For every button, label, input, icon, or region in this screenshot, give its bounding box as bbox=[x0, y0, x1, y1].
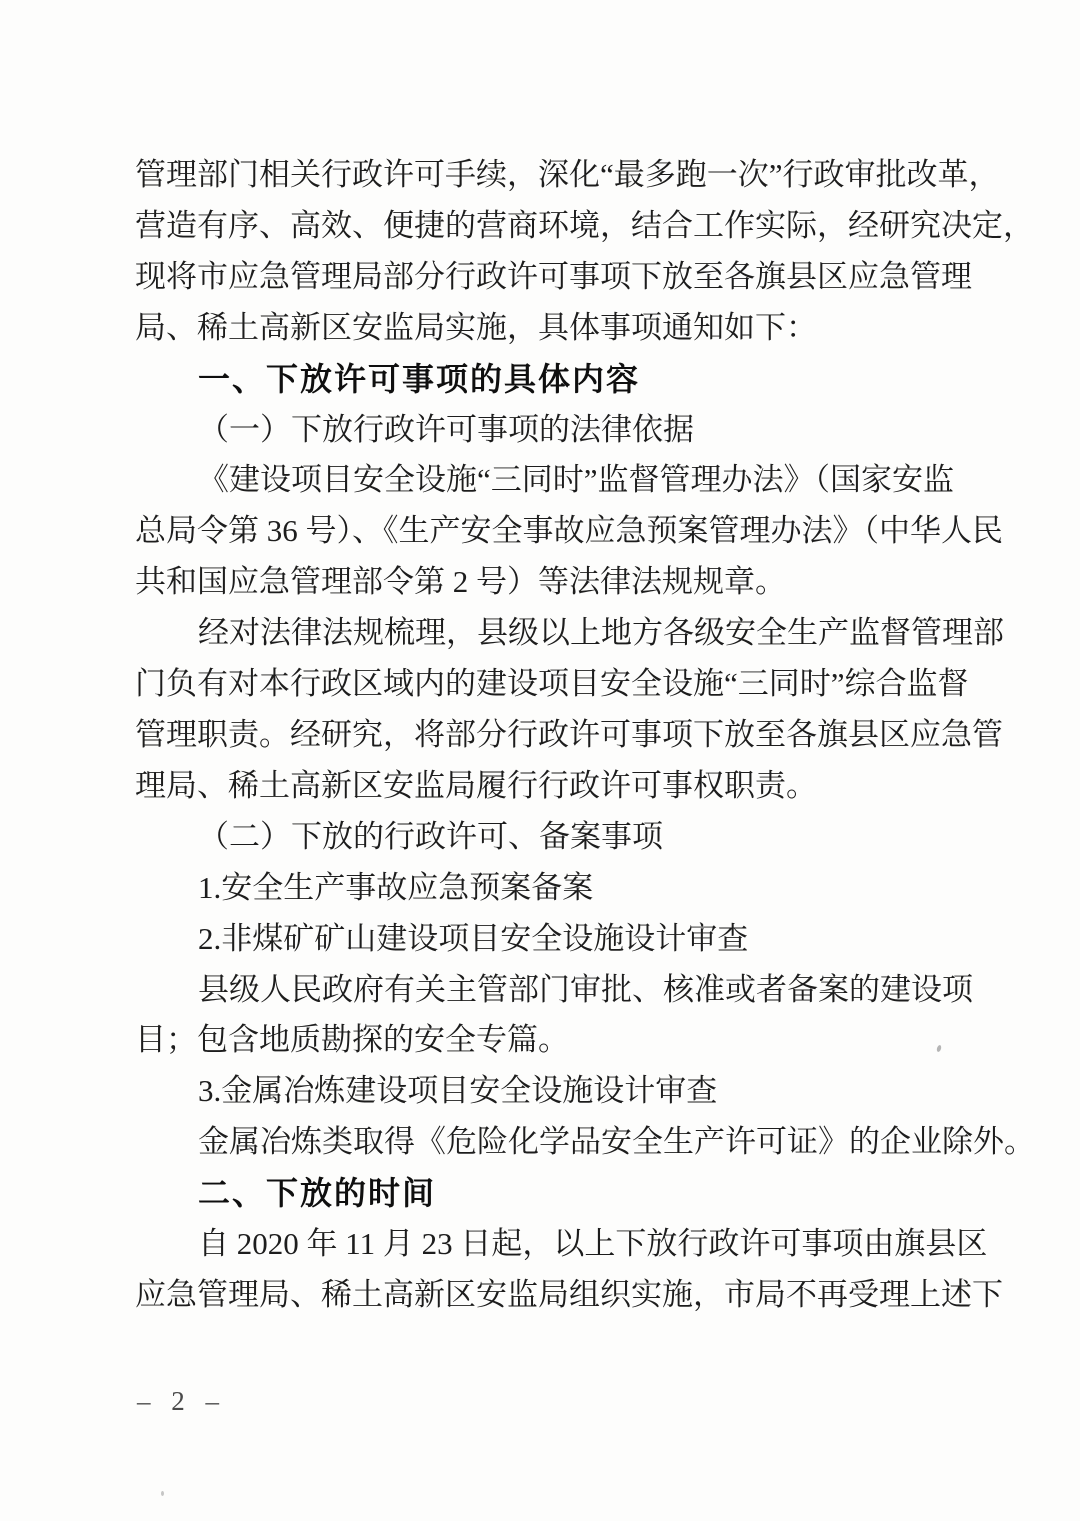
body-text-line: 金属冶炼类取得《危险化学品安全生产许可证》的企业除外。 bbox=[135, 1117, 945, 1168]
list-item-3: 3.金属冶炼建设项目安全设施设计审查 bbox=[135, 1066, 945, 1117]
scan-artifact-speck bbox=[161, 1491, 164, 1496]
body-text-line: 《建设项目安全设施“三同时”监督管理办法》（国家安监 bbox=[135, 455, 945, 506]
body-text-line: 总局令第 36 号）、《生产安全事故应急预案管理办法》（中华人民 bbox=[135, 506, 945, 557]
list-item-1: 1.安全生产事故应急预案备案 bbox=[135, 863, 945, 914]
body-text-line: 目；包含地质勘探的安全专篇。 bbox=[135, 1015, 945, 1066]
body-text-line: 县级人民政府有关主管部门审批、核准或者备案的建设项 bbox=[135, 965, 945, 1016]
section-heading-1: 一、下放许可事项的具体内容 bbox=[135, 354, 945, 405]
document-body: 管理部门相关行政许可手续，深化“最多跑一次”行政审批改革， 营造有序、高效、便捷… bbox=[135, 150, 945, 1321]
body-text-line: 共和国应急管理部令第 2 号）等法律法规规章。 bbox=[135, 557, 945, 608]
section-heading-2: 二、下放的时间 bbox=[135, 1168, 945, 1219]
body-text-line: 管理部门相关行政许可手续，深化“最多跑一次”行政审批改革， bbox=[135, 150, 945, 201]
subsection-heading: （二）下放的行政许可、备案事项 bbox=[135, 812, 945, 863]
subsection-heading: （一）下放行政许可事项的法律依据 bbox=[135, 405, 945, 456]
body-text-line: 营造有序、高效、便捷的营商环境，结合工作实际，经研究决定， bbox=[135, 201, 945, 252]
body-text-line: 应急管理局、稀土高新区安监局组织实施，市局不再受理上述下 bbox=[135, 1270, 945, 1321]
list-item-2: 2.非煤矿矿山建设项目安全设施设计审查 bbox=[135, 914, 945, 965]
scanned-document-page: 管理部门相关行政许可手续，深化“最多跑一次”行政审批改革， 营造有序、高效、便捷… bbox=[0, 0, 1080, 1521]
body-text-line: 管理职责。经研究，将部分行政许可事项下放至各旗县区应急管 bbox=[135, 710, 945, 761]
body-text-line: 理局、稀土高新区安监局履行行政许可事权职责。 bbox=[135, 761, 945, 812]
body-text-line: 门负有对本行政区域内的建设项目安全设施“三同时”综合监督 bbox=[135, 659, 945, 710]
body-text-line: 现将市应急管理局部分行政许可事项下放至各旗县区应急管理 bbox=[135, 252, 945, 303]
body-text-line: 局、稀土高新区安监局实施，具体事项通知如下： bbox=[135, 303, 945, 354]
page-number: – 2 – bbox=[137, 1386, 226, 1417]
body-text-line: 自 2020 年 11 月 23 日起，以上下放行政许可事项由旗县区 bbox=[135, 1219, 945, 1270]
body-text-line: 经对法律法规梳理，县级以上地方各级安全生产监督管理部 bbox=[135, 608, 945, 659]
